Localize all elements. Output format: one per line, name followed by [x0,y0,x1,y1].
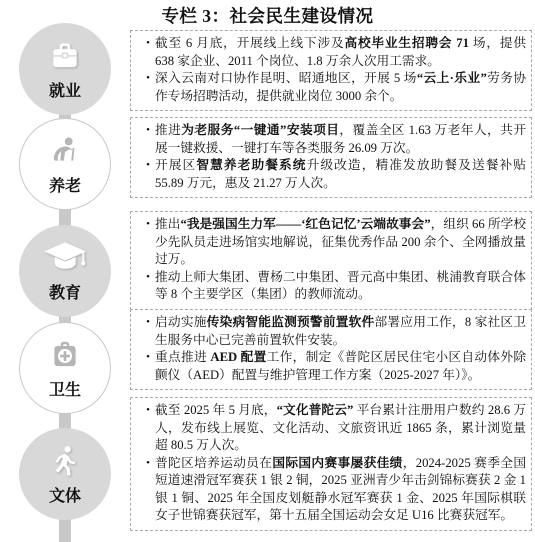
sidebar-item-label: 养老 [49,178,81,195]
bullet-item: •普陀区培养运动员在国际国内赛事屡获佳绩，2024-2025 赛季全国短道速滑冠… [134,455,526,525]
section-box-culture-sports: •截至 2025 年 5 月底，“文化普陀云” 平台累计注册用户数约 28.6 … [130,397,532,531]
graduation-cap-icon [43,241,87,275]
bullet-text: 普陀区培养运动员在国际国内赛事屡获佳绩，2024-2025 赛季全国短道速滑冠军… [155,455,526,525]
sidebar-item-elderly-care: 养老 [19,118,111,210]
section-box-health: •启动实施传染病智能监测预警前置软件部署应用工作，8 家社区卫生服务中心已完善前… [130,309,532,390]
sidebar-item-health: 卫生 [19,322,111,414]
bullet-text: 截至 2025 年 5 月底，“文化普陀云” 平台累计注册用户数约 28.6 万… [155,402,526,455]
section-box-employment: •截至 6 月底，开展线上线下涉及高校毕业生招聘会 71 场，提供 638 家企… [130,30,532,111]
bullet-dot: • [141,122,155,140]
bullet-item: •重点推进 AED 配置工作，制定《普陀区居民住宅小区自动体外除颤仪（AED）配… [134,349,526,384]
bullet-dot: • [141,269,155,287]
elderly-person-icon [48,134,82,168]
bullet-item: •推出“我是强国生力军——‘红色记忆’云端故事会”，组织 66 所学校少先队员走… [134,216,526,269]
bullet-dot: • [141,157,155,175]
sidebar-item-label: 文体 [49,488,81,505]
bullet-item: •启动实施传染病智能监测预警前置软件部署应用工作，8 家社区卫生服务中心已完善前… [134,314,526,349]
section-box-education: •推出“我是强国生力军——‘红色记忆’云端故事会”，组织 66 所学校少先队员走… [130,211,532,310]
bullet-text: 推出“我是强国生力军——‘红色记忆’云端故事会”，组织 66 所学校少先队员走进… [155,216,526,269]
bullet-text: 开展区智慧养老助餐系统升级改造，精准发放助餐及送餐补贴 55.89 万元，惠及 … [155,157,526,192]
first-aid-kit-icon [48,338,82,372]
bullet-text: 深入云南对口协作昆明、昭通地区，开展 5 场“云上·乐业”劳务协作专场招聘活动，… [155,70,526,105]
bullet-dot: • [141,402,155,420]
briefcase-icon [48,39,82,73]
bullet-dot: • [141,314,155,332]
bullet-item: •推进为老服务“一键通”安装项目，覆盖全区 1.63 万老年人，共开展一键救援、… [134,122,526,157]
bullet-item: •截至 6 月底，开展线上线下涉及高校毕业生招聘会 71 场，提供 638 家企… [134,35,526,70]
sidebar-item-culture-sports: 文体 [19,428,111,520]
bullet-text: 重点推进 AED 配置工作，制定《普陀区居民住宅小区自动体外除颤仪（AED）配置… [155,349,526,384]
bullet-dot: • [141,216,155,234]
runner-icon [48,444,82,478]
bullet-text: 截至 6 月底，开展线上线下涉及高校毕业生招聘会 71 场，提供 638 家企业… [155,35,526,70]
sidebar-item-education: 教育 [19,225,111,317]
page-title: 专栏 3：社会民生建设情况 [0,3,535,28]
bullet-item: •深入云南对口协作昆明、昭通地区，开展 5 场“云上·乐业”劳务协作专场招聘活动… [134,70,526,105]
sidebar-item-label: 教育 [49,285,81,302]
bullet-item: •推动上师大集团、曹杨二中集团、晋元高中集团、桃浦教育联合体等 8 个主要学区（… [134,269,526,304]
sidebar-item-employment: 就业 [19,23,111,115]
section-box-elderly-care: •推进为老服务“一键通”安装项目，覆盖全区 1.63 万老年人，共开展一键救援、… [130,117,532,198]
bullet-dot: • [141,70,155,88]
bullet-dot: • [141,349,155,367]
bullet-text: 启动实施传染病智能监测预警前置软件部署应用工作，8 家社区卫生服务中心已完善前置… [155,314,526,349]
bullet-text: 推动上师大集团、曹杨二中集团、晋元高中集团、桃浦教育联合体等 8 个主要学区（集… [155,269,526,304]
sidebar-item-label: 就业 [49,83,81,100]
bullet-text: 推进为老服务“一键通”安装项目，覆盖全区 1.63 万老年人，共开展一键救援、一… [155,122,526,157]
bullet-item: •开展区智慧养老助餐系统升级改造，精准发放助餐及送餐补贴 55.89 万元，惠及… [134,157,526,192]
panel: 专栏 3：社会民生建设情况 就业养老教育卫生文体 •截至 6 月底，开展线上线下… [0,0,535,542]
bullet-dot: • [141,455,155,473]
bullet-item: •截至 2025 年 5 月底，“文化普陀云” 平台累计注册用户数约 28.6 … [134,402,526,455]
sidebar-item-label: 卫生 [49,382,81,399]
bullet-dot: • [141,35,155,53]
